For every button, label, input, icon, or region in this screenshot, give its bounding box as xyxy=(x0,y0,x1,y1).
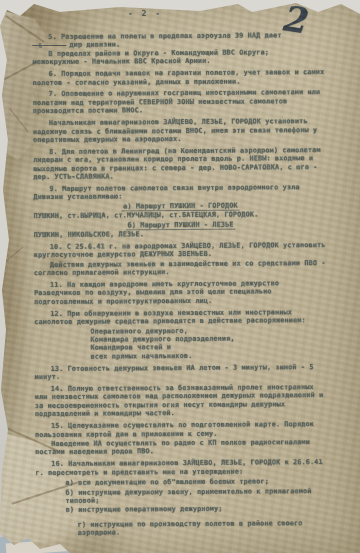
paragraph-10-continued: Действия дежурных звеньев и взаимодейств… xyxy=(34,259,328,278)
document-page: - 2 - 2 5. Разрешение на полеты в предел… xyxy=(0,0,360,553)
list-item: в) инструкцию оперативному дежурному; xyxy=(66,504,330,514)
route-b-title-text: б) Маршрут ПУШКИН - ЛЕЗЬЕ xyxy=(126,220,236,230)
paragraph-13: 13. Готовность дежурных звеньев ИА летом… xyxy=(35,363,329,382)
paragraph-line: межокружные - Начальник ВВС Красной Арми… xyxy=(32,56,326,66)
route-b-body: ПУШКИН, НИКОЛЬСКОЕ, ЛЕЗЬЕ. xyxy=(34,229,328,239)
paragraph-16-list: а) всю документацию по об"явлению боевых… xyxy=(35,477,329,537)
paper-crease xyxy=(3,247,24,265)
paragraph-14: 14. Полную ответственность за безнаказан… xyxy=(35,383,329,419)
ink-strikeout-mark xyxy=(32,43,66,48)
list-item: всех прямых начальников. xyxy=(90,351,328,361)
paragraph-line-text: дир дивизии. xyxy=(69,41,120,49)
paragraph-15: 15. Целеуказание осуществлять по подгото… xyxy=(35,420,329,439)
document-body: 5. Разрешение на полеты в пределах аэроу… xyxy=(32,31,330,539)
paragraph-11: 11. На каждом аэродроме иметь круглосуто… xyxy=(34,279,328,306)
paragraph-9: 9. Маршрут полетов самолетов связи внутр… xyxy=(33,183,327,202)
paragraph-10: 10. С 25.6.41 г. на аэродромах ЗАЙЦЕВО, … xyxy=(34,241,328,260)
paragraph-15-continued: Наведение ИА осуществлять по радио с КП … xyxy=(35,438,329,457)
typed-page-number: - 2 - xyxy=(128,9,162,18)
paragraph-5: 5. Разрешение на полеты в пределах аэроу… xyxy=(32,31,326,67)
list-item: г) инструкцию по производству полетов в … xyxy=(66,519,330,538)
paragraph-8: 8. Для полетов в Ленинград (на Комендант… xyxy=(33,146,327,182)
paragraph-12: 12. При обнаружении в воздухе неизвестны… xyxy=(34,308,328,327)
scanned-document: - 2 - 2 5. Разрешение на полеты в предел… xyxy=(0,0,360,553)
list-item: б) инструкцию дежурному звену, примените… xyxy=(65,486,329,505)
paragraph-16: 16. Начальникам авиагарнизонов ЗАЙЦЕВО, … xyxy=(35,458,329,477)
paragraph-7: 7. Оповещение о нарушениях госграниц ино… xyxy=(33,88,327,115)
paragraph-7-continued: Начальникам авиагарнизонов ЗАЙЦЕВО, ЛЕЗЬ… xyxy=(33,117,327,144)
paragraph-6: 6. Порядок подачи заявок на гарантии пол… xyxy=(32,68,326,87)
paragraph-12-list: Оперативного дежурного, Командира дежурн… xyxy=(34,326,328,362)
